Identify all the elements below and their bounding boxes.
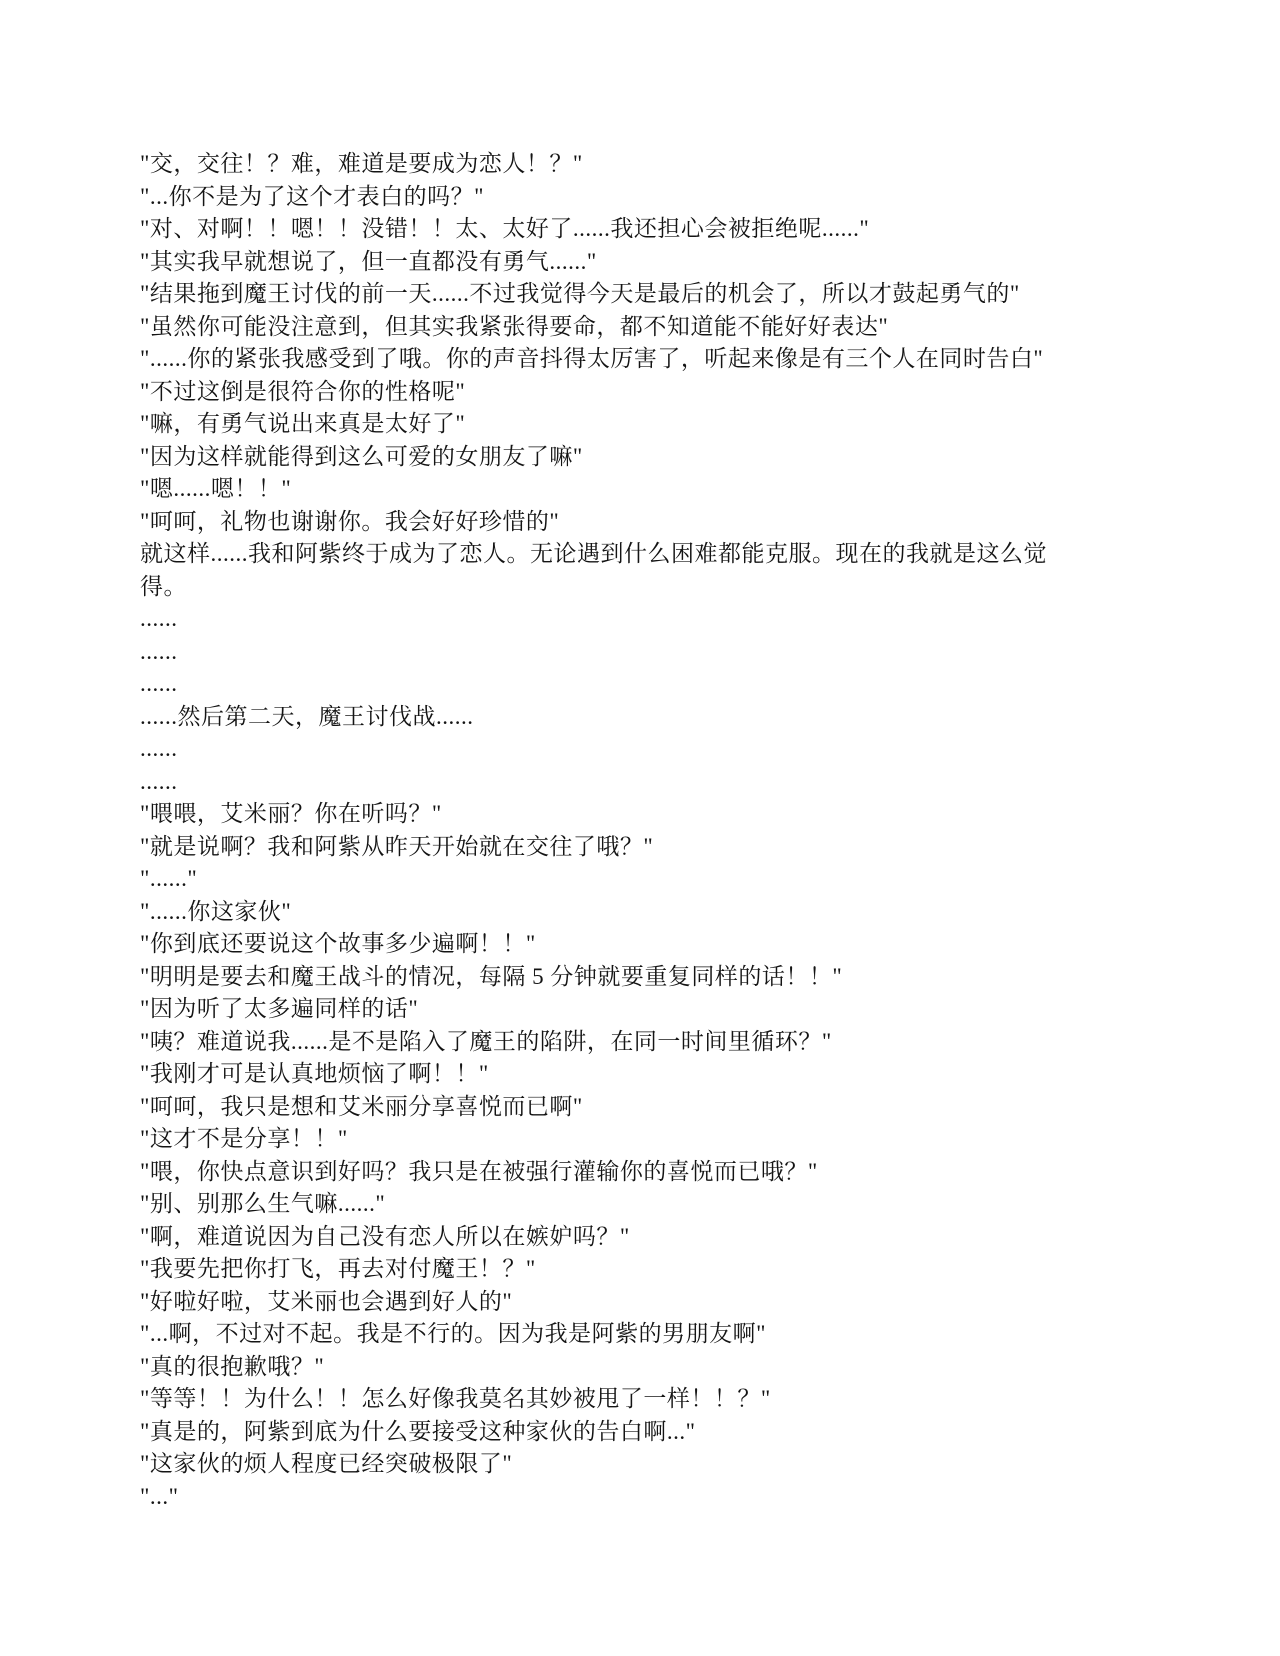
text-line: "对、对啊！！嗯！！没错！！太、太好了......我还担心会被拒绝呢......… xyxy=(140,213,1080,246)
text-line: ...... xyxy=(140,766,1080,799)
text-line: "喂喂，艾米丽？你在听吗？" xyxy=(140,798,1080,831)
text-line: "我刚才可是认真地烦恼了啊！！" xyxy=(140,1058,1080,1091)
text-line: "不过这倒是很符合你的性格呢" xyxy=(140,376,1080,409)
text-line: "喂，你快点意识到好吗？我只是在被强行灌输你的喜悦而已哦？" xyxy=(140,1156,1080,1189)
text-line: "你到底还要说这个故事多少遍啊！！" xyxy=(140,928,1080,961)
text-line: "..." xyxy=(140,1481,1080,1514)
document-page: "交，交往！？难，难道是要成为恋人！？""...你不是为了这个才表白的吗？""对… xyxy=(0,0,1280,1656)
text-line: "因为这样就能得到这么可爱的女朋友了嘛" xyxy=(140,441,1080,474)
text-line: "呵呵，我只是想和艾米丽分享喜悦而已啊" xyxy=(140,1091,1080,1124)
text-line: ...... xyxy=(140,668,1080,701)
text-line: "我要先把你打飞，再去对付魔王！？" xyxy=(140,1253,1080,1286)
text-line: "...你不是为了这个才表白的吗？" xyxy=(140,181,1080,214)
text-line: "等等！！为什么！！怎么好像我莫名其妙被甩了一样！！？" xyxy=(140,1383,1080,1416)
text-line: "这才不是分享！！" xyxy=(140,1123,1080,1156)
text-line: ...... xyxy=(140,636,1080,669)
text-line: "明明是要去和魔王战斗的情况，每隔 5 分钟就要重复同样的话！！" xyxy=(140,961,1080,994)
text-line: "呵呵，礼物也谢谢你。我会好好珍惜的" xyxy=(140,506,1080,539)
text-line: "结果拖到魔王讨伐的前一天......不过我觉得今天是最后的机会了，所以才鼓起勇… xyxy=(140,278,1080,311)
text-content: "交，交往！？难，难道是要成为恋人！？""...你不是为了这个才表白的吗？""对… xyxy=(140,148,1080,1513)
text-line: "交，交往！？难，难道是要成为恋人！？" xyxy=(140,148,1080,181)
text-line: "因为听了太多遍同样的话" xyxy=(140,993,1080,1026)
text-line: 就这样......我和阿紫终于成为了恋人。无论遇到什么困难都能克服。现在的我就是… xyxy=(140,538,1080,603)
text-line: "其实我早就想说了，但一直都没有勇气......" xyxy=(140,246,1080,279)
text-line: "这家伙的烦人程度已经突破极限了" xyxy=(140,1448,1080,1481)
text-line: ......然后第二天，魔王讨伐战...... xyxy=(140,701,1080,734)
text-line: "好啦好啦，艾米丽也会遇到好人的" xyxy=(140,1286,1080,1319)
text-line: "真是的，阿紫到底为什么要接受这种家伙的告白啊..." xyxy=(140,1416,1080,1449)
text-line: "别、别那么生气嘛......" xyxy=(140,1188,1080,1221)
text-line: "......你这家伙" xyxy=(140,896,1080,929)
text-line: "...啊，不过对不起。我是不行的。因为我是阿紫的男朋友啊" xyxy=(140,1318,1080,1351)
text-line: "真的很抱歉哦？" xyxy=(140,1351,1080,1384)
text-line: "......" xyxy=(140,863,1080,896)
text-line: "就是说啊？我和阿紫从昨天开始就在交往了哦？" xyxy=(140,831,1080,864)
text-line: "嘛，有勇气说出来真是太好了" xyxy=(140,408,1080,441)
text-line: ...... xyxy=(140,733,1080,766)
text-line: "......你的紧张我感受到了哦。你的声音抖得太厉害了，听起来像是有三个人在同… xyxy=(140,343,1080,376)
text-line: "啊，难道说因为自己没有恋人所以在嫉妒吗？" xyxy=(140,1221,1080,1254)
text-line: "咦？难道说我......是不是陷入了魔王的陷阱，在同一时间里循环？" xyxy=(140,1026,1080,1059)
text-line: "嗯......嗯！！" xyxy=(140,473,1080,506)
text-line: ...... xyxy=(140,603,1080,636)
text-line: "虽然你可能没注意到，但其实我紧张得要命，都不知道能不能好好表达" xyxy=(140,311,1080,344)
